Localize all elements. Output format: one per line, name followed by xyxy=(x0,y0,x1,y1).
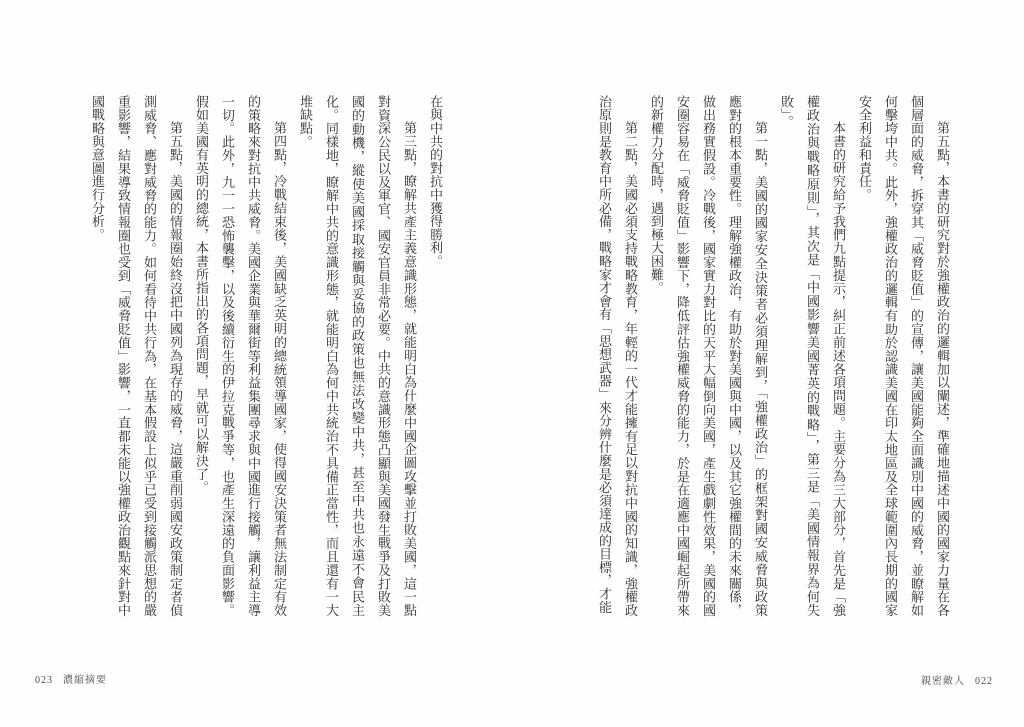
paragraph: 第二點，美國必須支持戰略教育，年輕的一代才能擁有足以對抗中國的知識，強權政治原則… xyxy=(591,95,643,617)
left-page-footer: 023濃縮摘要 xyxy=(31,671,107,686)
book-title: 親密敵人 xyxy=(921,676,965,687)
paragraph: 本書的研究給予我們九點提示，糾正前述各項問題。主要分為三大部分，首先是「強權政治… xyxy=(773,95,851,617)
paragraph: 第五點，本書的研究對於強權政治的邏輯加以闡述，準確地描述中國的國家力量在各個層面… xyxy=(851,95,955,617)
left-folio-number: 023 xyxy=(35,675,53,686)
book-spread-background: 第五點，本書的研究對於強權政治的邏輯加以闡述，準確地描述中國的國家力量在各個層面… xyxy=(0,0,1024,727)
paragraph: 在與中共的對抗中獲得勝利。 xyxy=(422,95,448,617)
paragraph: 第三點，瞭解共產主義意識形態，就能明白為什麼中國企圖攻擊並打敗美國，這一點對資深… xyxy=(292,95,422,617)
paragraph: 第一點，美國的國家安全決策者必須理解到，「強權政治」的框架對國安威脅與政策應對的… xyxy=(643,95,773,617)
paragraph: 第四點，冷戰結束後，美國缺乏英明的總統領導國家，使得國安決策者無法制定有效的策略… xyxy=(188,95,292,617)
chapter-title: 濃縮摘要 xyxy=(63,675,107,686)
right-folio-number: 022 xyxy=(975,676,993,687)
left-page-text-block: 在與中共的對抗中獲得勝利。 第三點，瞭解共產主義意識形態，就能明白為什麼中國企圖… xyxy=(84,95,448,617)
right-page-footer: 親密敵人022 xyxy=(921,672,997,687)
right-page-text-block: 第五點，本書的研究對於強權政治的邏輯加以闡述，準確地描述中國的國家力量在各個層面… xyxy=(591,95,955,617)
book-spread: { "meta": { "background_color": "#fefefe… xyxy=(0,0,1024,727)
paragraph: 第五點，美國的情報圈始終沒把中國列為現存的威脅，這嚴重削弱國安政策制定者偵測威脅… xyxy=(84,95,188,617)
